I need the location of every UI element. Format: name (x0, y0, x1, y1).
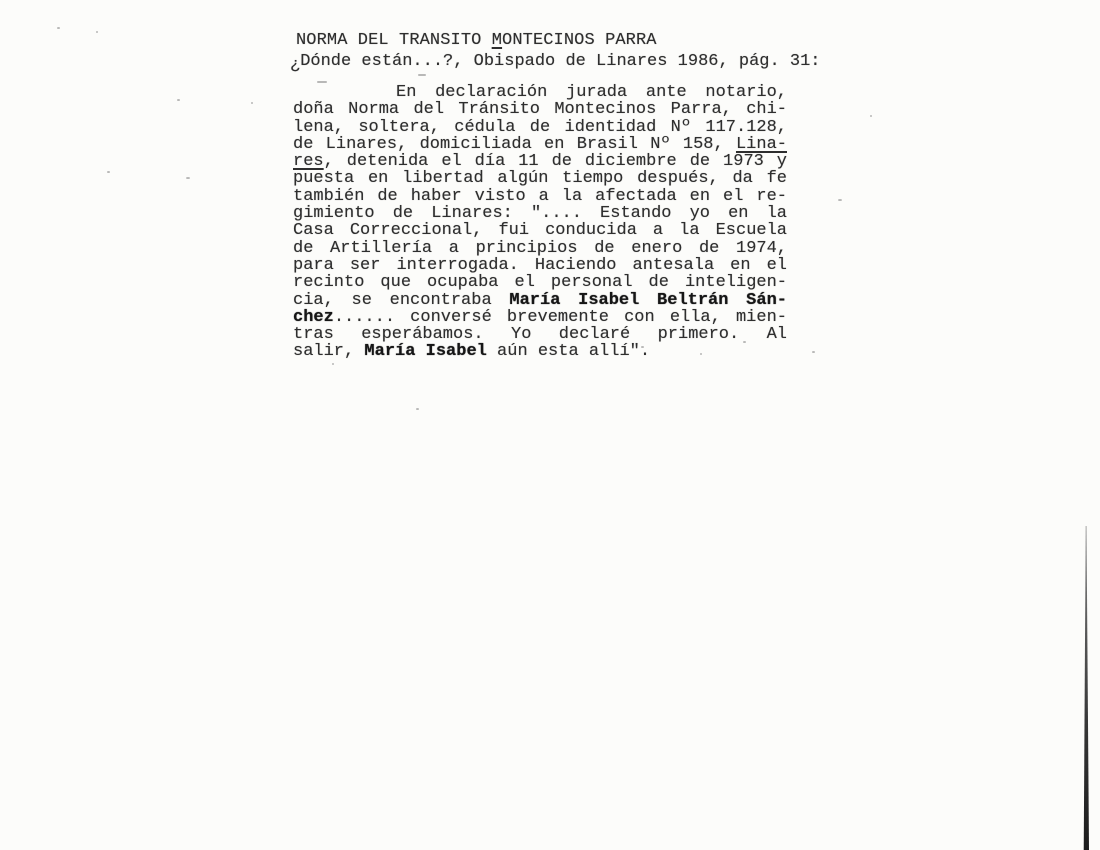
text-segment: recinto que ocupaba el personal de intel… (293, 273, 787, 292)
text-segment: salir, (293, 342, 364, 361)
text-segment: aún esta allí". (487, 342, 650, 361)
text-segment: ¿ (290, 56, 300, 75)
scan-speck (743, 341, 746, 343)
scan-speck (96, 31, 98, 33)
text-line: lena, soltera, cédula de identidad Nº 11… (293, 119, 787, 136)
text-segment: M (492, 31, 502, 50)
text-segment: doña Norma del Tránsito Montecinos Parra… (293, 100, 787, 119)
text-segment: también de haber visto a la afectada en … (293, 187, 787, 206)
scan-speck (251, 102, 253, 104)
scan-speck (812, 351, 815, 353)
text-segment: cia, se encontraba (293, 291, 509, 310)
text-segment: chez (293, 308, 334, 327)
text-segment: Casa Correccional, fui conducida a la Es… (293, 221, 787, 240)
scan-speck (838, 199, 842, 201)
document-page: NORMA DEL TRANSITO MONTECINOS PARRA ¿Dón… (0, 0, 1100, 850)
text-segment: ONTECINOS PARRA (502, 31, 657, 50)
text-segment: puesta en libertad algún tiempo después,… (293, 169, 787, 188)
text-line: de Artillería a principios de enero de 1… (293, 240, 787, 257)
scan-speck (317, 81, 327, 83)
scan-speck (416, 408, 419, 410)
scan-speck (332, 363, 334, 365)
text-line: doña Norma del Tránsito Montecinos Parra… (293, 101, 787, 118)
text-line: también de haber visto a la afectada en … (293, 188, 787, 205)
text-line: cia, se encontraba María Isabel Beltrán … (293, 292, 787, 309)
scan-speck (418, 74, 426, 76)
text-line: En declaración jurada ante notario, (293, 84, 787, 101)
scan-speck (107, 171, 110, 173)
text-line: salir, María Isabel aún esta allí". (293, 343, 787, 360)
scan-speck (870, 115, 872, 117)
text-segment: lena, soltera, cédula de identidad Nº 11… (293, 118, 787, 137)
text-line: recinto que ocupaba el personal de intel… (293, 274, 787, 291)
scan-edge-line (1083, 526, 1089, 850)
text-line: res, detenida el día 11 de diciembre de … (293, 153, 787, 170)
scan-speck (186, 177, 190, 179)
text-segment: María Isabel (364, 342, 486, 361)
text-line: de Linares, domiciliada en Brasil Nº 158… (293, 136, 787, 153)
scan-speck (575, 350, 577, 352)
text-line: para ser interrogada. Haciendo antesala … (293, 257, 787, 274)
text-line: Casa Correccional, fui conducida a la Es… (293, 222, 787, 239)
scan-speck (177, 99, 180, 101)
document-subtitle: ¿Dónde están...?, Obispado de Linares 19… (290, 52, 821, 72)
text-line: tras esperábamos. Yo declaré primero. Al (293, 326, 787, 343)
text-line: puesta en libertad algún tiempo después,… (293, 170, 787, 187)
text-segment: de Artillería a principios de enero de 1… (293, 239, 787, 258)
body-paragraph: En declaración jurada ante notario,doña … (293, 84, 787, 361)
text-line: chez...... conversé brevemente con ella,… (293, 309, 787, 326)
scan-speck (700, 353, 702, 355)
text-segment: Dónde están...?, Obispado de Linares 198… (300, 52, 820, 71)
document-title: NORMA DEL TRANSITO MONTECINOS PARRA (296, 31, 657, 51)
scan-speck (57, 27, 60, 29)
text-segment: María Isabel Beltrán Sán- (509, 291, 787, 310)
text-line: gimiento de Linares: ".... Estando yo en… (293, 205, 787, 222)
text-segment: NORMA DEL TRANSITO (296, 31, 492, 50)
text-segment: ...... conversé brevemente con ella, mie… (334, 308, 787, 327)
scan-speck (641, 346, 644, 348)
